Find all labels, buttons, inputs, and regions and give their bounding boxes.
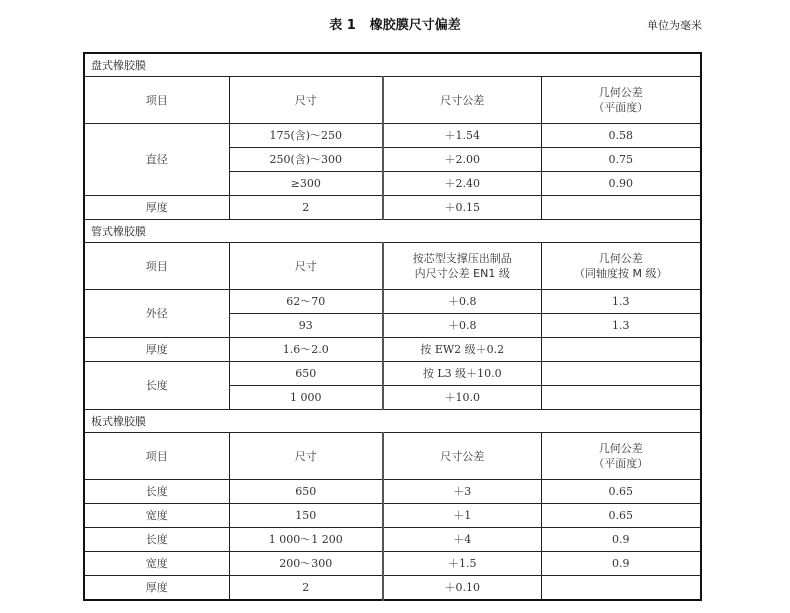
cell-geometric <box>541 386 701 410</box>
cell-geometric: 0.9 <box>541 552 701 576</box>
table-row: 长度 1 000～1 200 ＋4 0.9 <box>84 528 701 552</box>
cell-geometric: 0.65 <box>541 504 701 528</box>
cell-size: 62～70 <box>229 290 383 314</box>
header-size: 尺寸 <box>229 433 383 480</box>
cell-geometric <box>541 196 701 220</box>
cell-size: ≥300 <box>229 172 383 196</box>
table-title-text: 橡胶膜尺寸偏差 <box>370 18 461 33</box>
cell-geometric <box>541 576 701 601</box>
cell-size: 250(含)～300 <box>229 148 383 172</box>
cell-tolerance: ＋3 <box>383 480 541 504</box>
cell-tolerance: ＋0.10 <box>383 576 541 601</box>
cell-geometric <box>541 338 701 362</box>
cell-size: 650 <box>229 362 383 386</box>
header-item: 项目 <box>84 433 229 480</box>
cell-size: 200～300 <box>229 552 383 576</box>
cell-item: 厚度 <box>84 576 229 601</box>
header-size: 尺寸 <box>229 77 383 124</box>
tolerance-table: 盘式橡胶膜 项目 尺寸 尺寸公差 几何公差（平面度） 直径 175(含)～250… <box>83 52 702 601</box>
table-row: 长度 650 按 L3 级＋10.0 <box>84 362 701 386</box>
cell-item: 长度 <box>84 480 229 504</box>
table-row: 宽度 200～300 ＋1.5 0.9 <box>84 552 701 576</box>
header-tolerance: 按芯型支撑压出制品内尺寸公差 EN1 级 <box>383 243 541 290</box>
cell-tolerance: ＋0.8 <box>383 290 541 314</box>
table-number: 表 1 <box>329 18 356 33</box>
cell-geometric: 0.65 <box>541 480 701 504</box>
cell-item: 外径 <box>84 290 229 338</box>
cell-size: 1 000 <box>229 386 383 410</box>
table-row: 外径 62～70 ＋0.8 1.3 <box>84 290 701 314</box>
table-row: 直径 175(含)～250 ＋1.54 0.58 <box>84 124 701 148</box>
header-geometric: 几何公差（同轴度按 M 级） <box>541 243 701 290</box>
cell-size: 1.6～2.0 <box>229 338 383 362</box>
cell-size: 150 <box>229 504 383 528</box>
cell-tolerance: ＋1.5 <box>383 552 541 576</box>
cell-item: 宽度 <box>84 552 229 576</box>
cell-item: 宽度 <box>84 504 229 528</box>
table-row: 长度 650 ＋3 0.65 <box>84 480 701 504</box>
cell-geometric: 1.3 <box>541 290 701 314</box>
header-item: 项目 <box>84 243 229 290</box>
table-row: 厚度 1.6～2.0 按 EW2 级＋0.2 <box>84 338 701 362</box>
cell-geometric: 1.3 <box>541 314 701 338</box>
cell-geometric <box>541 362 701 386</box>
header-tolerance: 尺寸公差 <box>383 77 541 124</box>
header-size: 尺寸 <box>229 243 383 290</box>
section-row: 管式橡胶膜 <box>84 220 701 243</box>
cell-size: 93 <box>229 314 383 338</box>
cell-tolerance: 按 L3 级＋10.0 <box>383 362 541 386</box>
cell-geometric: 0.9 <box>541 528 701 552</box>
cell-tolerance: ＋2.40 <box>383 172 541 196</box>
section-title-tube: 管式橡胶膜 <box>84 220 701 243</box>
header-tolerance: 尺寸公差 <box>383 433 541 480</box>
table-row: 厚度 2 ＋0.15 <box>84 196 701 220</box>
cell-item: 长度 <box>84 362 229 410</box>
cell-geometric: 0.58 <box>541 124 701 148</box>
section-row: 盘式橡胶膜 <box>84 53 701 77</box>
section-title-plate: 板式橡胶膜 <box>84 410 701 433</box>
cell-tolerance: ＋0.15 <box>383 196 541 220</box>
cell-tolerance: ＋1 <box>383 504 541 528</box>
table-row: 厚度 2 ＋0.10 <box>84 576 701 601</box>
cell-tolerance: ＋1.54 <box>383 124 541 148</box>
header-row: 项目 尺寸 尺寸公差 几何公差（平面度） <box>84 433 701 480</box>
cell-tolerance: ＋10.0 <box>383 386 541 410</box>
cell-size: 2 <box>229 576 383 601</box>
cell-item: 直径 <box>84 124 229 196</box>
cell-item: 厚度 <box>84 196 229 220</box>
cell-geometric: 0.90 <box>541 172 701 196</box>
cell-size: 650 <box>229 480 383 504</box>
header-item: 项目 <box>84 77 229 124</box>
cell-item: 长度 <box>84 528 229 552</box>
table-row: 宽度 150 ＋1 0.65 <box>84 504 701 528</box>
header-geometric: 几何公差（平面度） <box>541 77 701 124</box>
header-row: 项目 尺寸 按芯型支撑压出制品内尺寸公差 EN1 级 几何公差（同轴度按 M 级… <box>84 243 701 290</box>
cell-size: 175(含)～250 <box>229 124 383 148</box>
unit-note: 单位为毫米 <box>647 17 702 33</box>
cell-tolerance: ＋2.00 <box>383 148 541 172</box>
cell-geometric: 0.75 <box>541 148 701 172</box>
section-title-disc: 盘式橡胶膜 <box>84 53 701 77</box>
cell-tolerance: ＋0.8 <box>383 314 541 338</box>
cell-tolerance: ＋4 <box>383 528 541 552</box>
cell-tolerance: 按 EW2 级＋0.2 <box>383 338 541 362</box>
header-geometric: 几何公差（平面度） <box>541 433 701 480</box>
section-row: 板式橡胶膜 <box>84 410 701 433</box>
header-row: 项目 尺寸 尺寸公差 几何公差（平面度） <box>84 77 701 124</box>
cell-size: 1 000～1 200 <box>229 528 383 552</box>
cell-size: 2 <box>229 196 383 220</box>
cell-item: 厚度 <box>84 338 229 362</box>
